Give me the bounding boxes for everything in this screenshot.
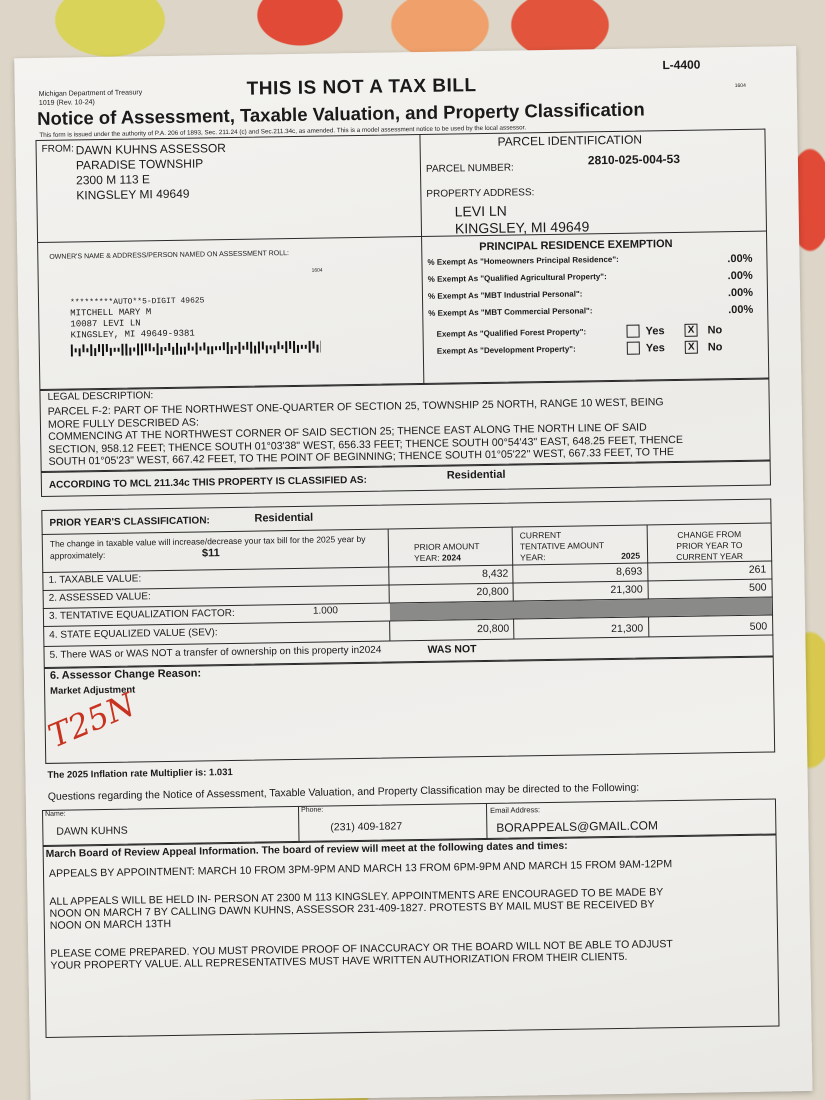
header-text: YEAR: (520, 552, 546, 563)
current-amount-header: CURRENT TENTATIVE AMOUNT YEAR:2025 (520, 529, 641, 564)
not-a-tax-bill-heading: THIS IS NOT A TAX BILL (247, 75, 477, 101)
form-number: L-4400 (662, 58, 700, 73)
property-street: LEVI LN (455, 201, 590, 220)
prior-classification-value: Residential (254, 512, 313, 525)
prior-year: 2024 (442, 552, 461, 562)
assessed-value-current: 21,300 (517, 584, 643, 598)
yes-label: Yes (645, 325, 664, 337)
sev-current: 21,300 (517, 623, 643, 637)
header-text: CURRENT YEAR (652, 551, 767, 564)
owner-code: 1604 (312, 268, 323, 274)
taxable-value-current: 8,693 (516, 566, 642, 580)
header-text: YEAR: (414, 553, 440, 563)
assessed-value-change: 500 (651, 582, 767, 596)
forest-property-label: Exempt As "Qualified Forest Property": (437, 327, 627, 339)
exemption-label: % Exempt As "MBT Commercial Personal": (428, 306, 592, 326)
inflation-multiplier: The 2025 Inflation rate Multiplier is: 1… (47, 767, 232, 781)
no-label: No (707, 324, 722, 336)
no-label: No (708, 341, 723, 353)
exemption-list: % Exempt As "Homeowners Principal Reside… (427, 253, 754, 360)
parcel-number: 2810-025-004-53 (588, 152, 680, 167)
postal-barcode-icon (71, 340, 321, 356)
parcel-number-label: PARCEL NUMBER: (426, 163, 514, 175)
legal-description: PARCEL F-2: PART OF THE NORTHWEST ONE-QU… (48, 396, 684, 468)
tax-change-amount: $11 (202, 547, 220, 559)
sev-change: 500 (651, 621, 767, 635)
property-city: KINGSLEY, MI 49649 (455, 218, 590, 237)
property-address: LEVI LN KINGSLEY, MI 49649 (455, 201, 590, 237)
development-property-label: Exempt As "Development Property": (437, 344, 627, 356)
change-reason-label: 6. Assessor Change Reason: (50, 667, 201, 681)
development-yes-checkbox[interactable] (627, 342, 640, 355)
current-year: 2025 (621, 551, 640, 562)
parcel-heading: PARCEL IDENTIFICATION (497, 132, 642, 148)
assessed-value-prior: 20,800 (393, 586, 509, 600)
exemption-value: .00% (727, 253, 752, 270)
exemption-value: .00% (728, 304, 753, 321)
contact-name: DAWN KUHNS (56, 825, 128, 838)
contact-email-label: Email Address: (490, 805, 540, 815)
contact-phone[interactable]: (231) 409-1827 (330, 820, 402, 833)
forest-no-checkbox[interactable]: X (684, 324, 697, 337)
taxable-value-change: 261 (650, 564, 766, 578)
from-label: FROM: (42, 143, 74, 155)
property-address-label: PROPERTY ADDRESS: (426, 187, 534, 200)
contact-phone-label: Phone: (301, 807, 323, 814)
taxable-value-label: 1. TAXABLE VALUE: (48, 573, 141, 585)
forest-yes-checkbox[interactable] (626, 325, 639, 338)
legal-label: LEGAL DESCRIPTION: (47, 390, 153, 403)
questions-note: Questions regarding the Notice of Assess… (48, 782, 640, 803)
contact-name-label: Name: (45, 811, 66, 818)
classification-value: Residential (447, 469, 506, 482)
development-no-checkbox[interactable]: X (685, 341, 698, 354)
sev-prior: 20,800 (393, 623, 509, 637)
prior-amount-header: PRIOR AMOUNT YEAR: 2024 (414, 541, 480, 564)
assessed-value-label: 2. ASSESSED VALUE: (49, 591, 151, 604)
exemption-value: .00% (728, 270, 753, 287)
assessment-notice-page: Michigan Department of Treasury 1019 (Re… (14, 46, 812, 1100)
form-code: 1604 (735, 83, 746, 89)
owner-city: KINGSLEY, MI 49649-9381 (70, 328, 205, 341)
exemption-value: .00% (728, 287, 753, 304)
taxable-value-prior: 8,432 (392, 568, 508, 582)
equalization-factor-value: 1.000 (313, 605, 338, 616)
contact-email[interactable]: BORAPPEALS@GMAIL.COM (496, 818, 658, 835)
owner-address: *********AUTO**5-DIGIT 49625 MITCHELL MA… (70, 295, 205, 341)
transfer-value: WAS NOT (427, 643, 476, 656)
assessor-city: KINGSLEY MI 49649 (76, 186, 226, 203)
assessor-name: DAWN KUHNS ASSESSOR (76, 141, 226, 158)
yes-label: Yes (646, 342, 665, 354)
from-address: DAWN KUHNS ASSESSOR PARADISE TOWNSHIP 23… (76, 141, 227, 203)
agency-info: Michigan Department of Treasury 1019 (Re… (39, 88, 143, 108)
header-text: PRIOR AMOUNT (414, 541, 480, 553)
change-header: CHANGE FROM PRIOR YEAR TO CURRENT YEAR (652, 529, 768, 564)
